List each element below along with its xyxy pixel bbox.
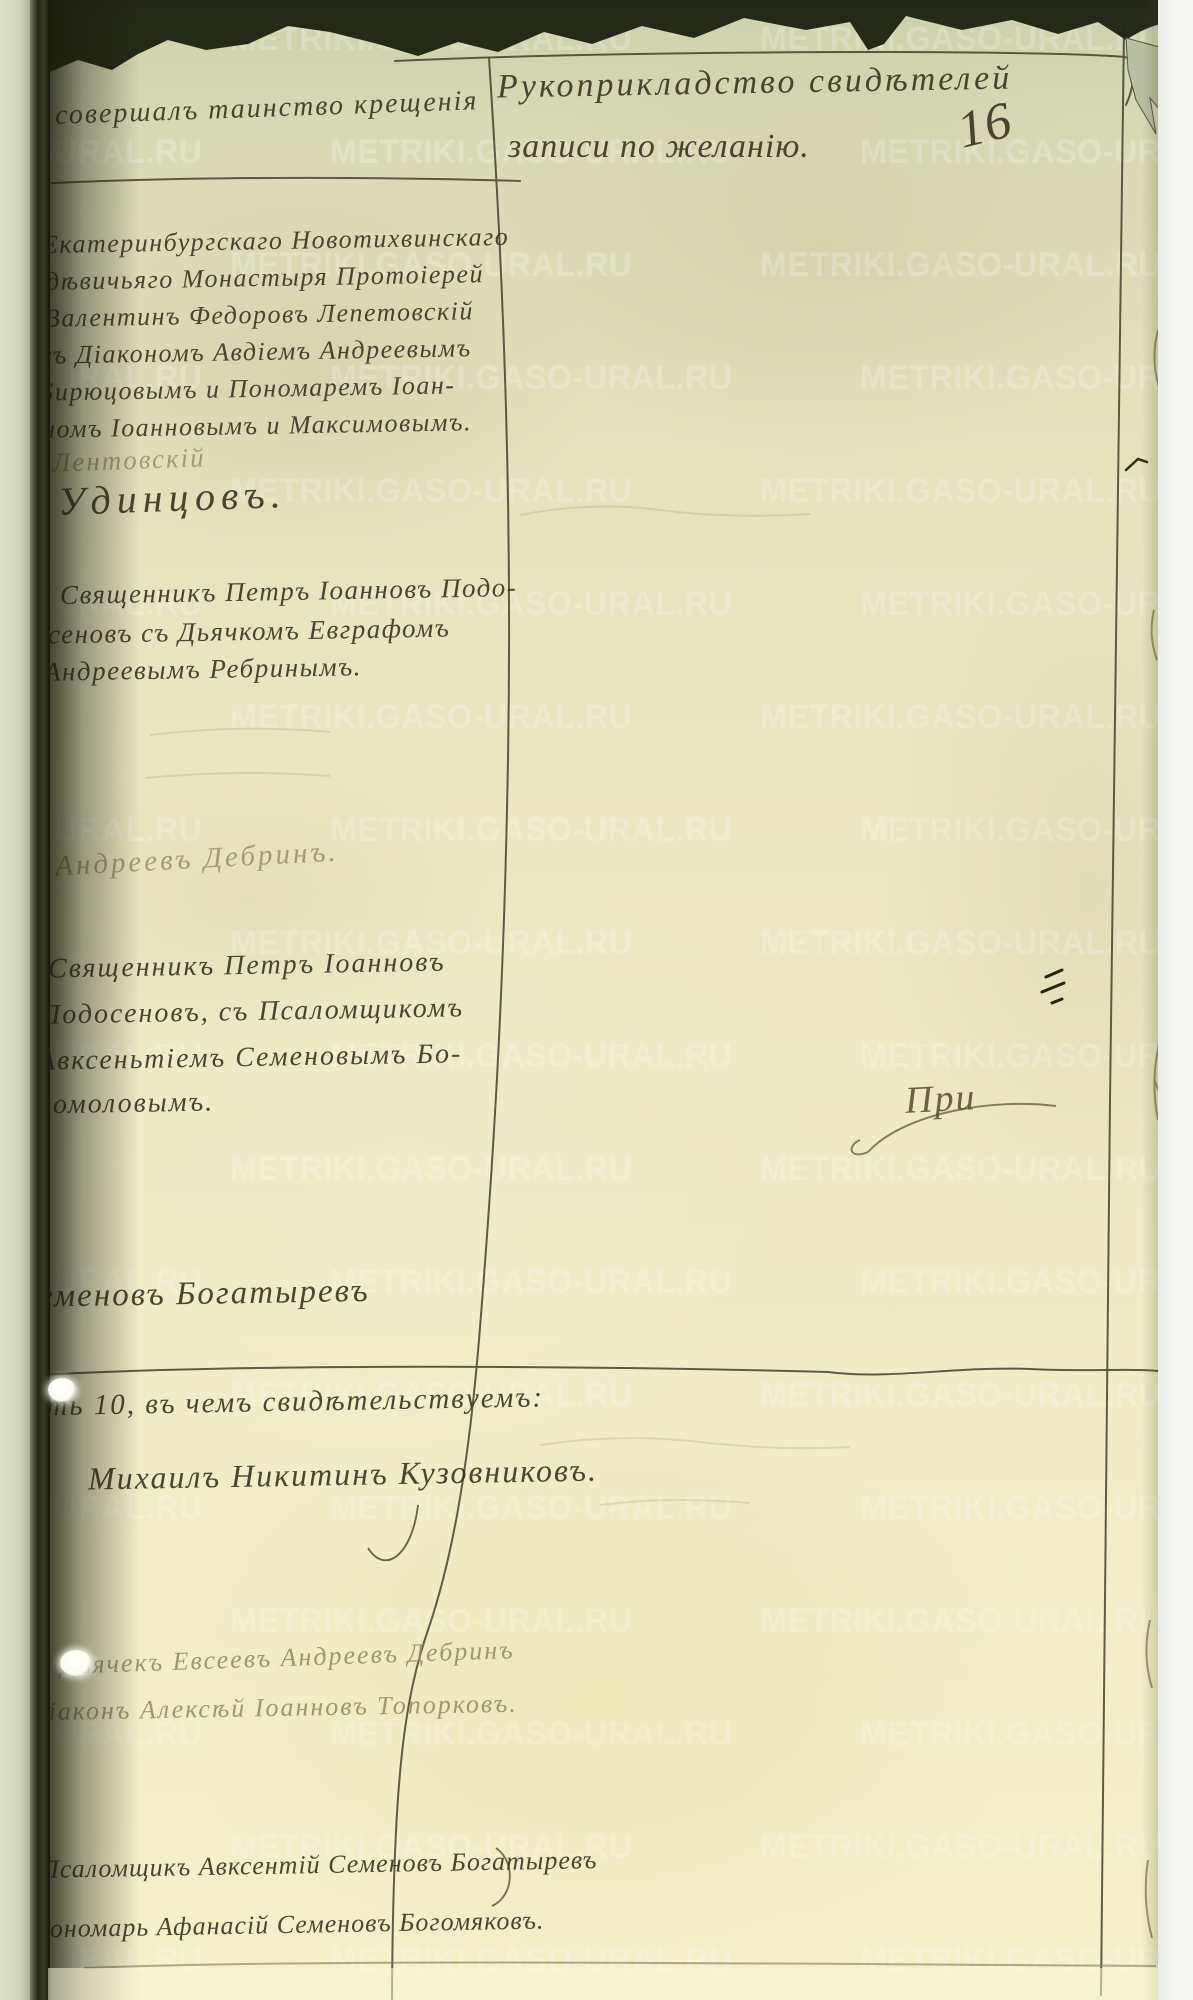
priest-signature: Удинцовъ.	[57, 474, 287, 522]
crossed-out-name: Лентовскій	[52, 444, 207, 476]
punch-hole	[48, 1378, 76, 1402]
entry-line: гомоловымъ.	[40, 1088, 215, 1119]
witness-name-line: Семеновъ Богатыревъ	[14, 1275, 370, 1314]
entry-line: Подосеновъ, съ Псаломщикомъ	[40, 994, 465, 1029]
margin-note: При	[904, 1078, 977, 1120]
facing-page-edge	[0, 0, 32, 2000]
entry-line: Авксеньтіемъ Семеновымъ Бо-	[38, 1040, 463, 1075]
entry-line: Андреевымъ Ребринымъ.	[44, 653, 362, 686]
right-column-header-line2: записи по желанію.	[508, 130, 810, 164]
scanned-register-page: METRIKI.GASO-URAL.RUMETRIKI.GASO-URAL.RU…	[0, 0, 1193, 2000]
binding-gutter	[30, 0, 50, 2000]
punch-hole	[60, 1650, 92, 1676]
entry-line: Священникъ Петръ Іоанновъ	[48, 949, 446, 984]
background-right-margin	[1158, 0, 1193, 2000]
entry-line: сеновъ съ Дьячкомъ Евграфомъ	[48, 614, 451, 648]
bottom-fold-highlight	[48, 1968, 1158, 2000]
witness-signature: Михаилъ Никитинъ Кузовниковъ.	[88, 1454, 598, 1495]
